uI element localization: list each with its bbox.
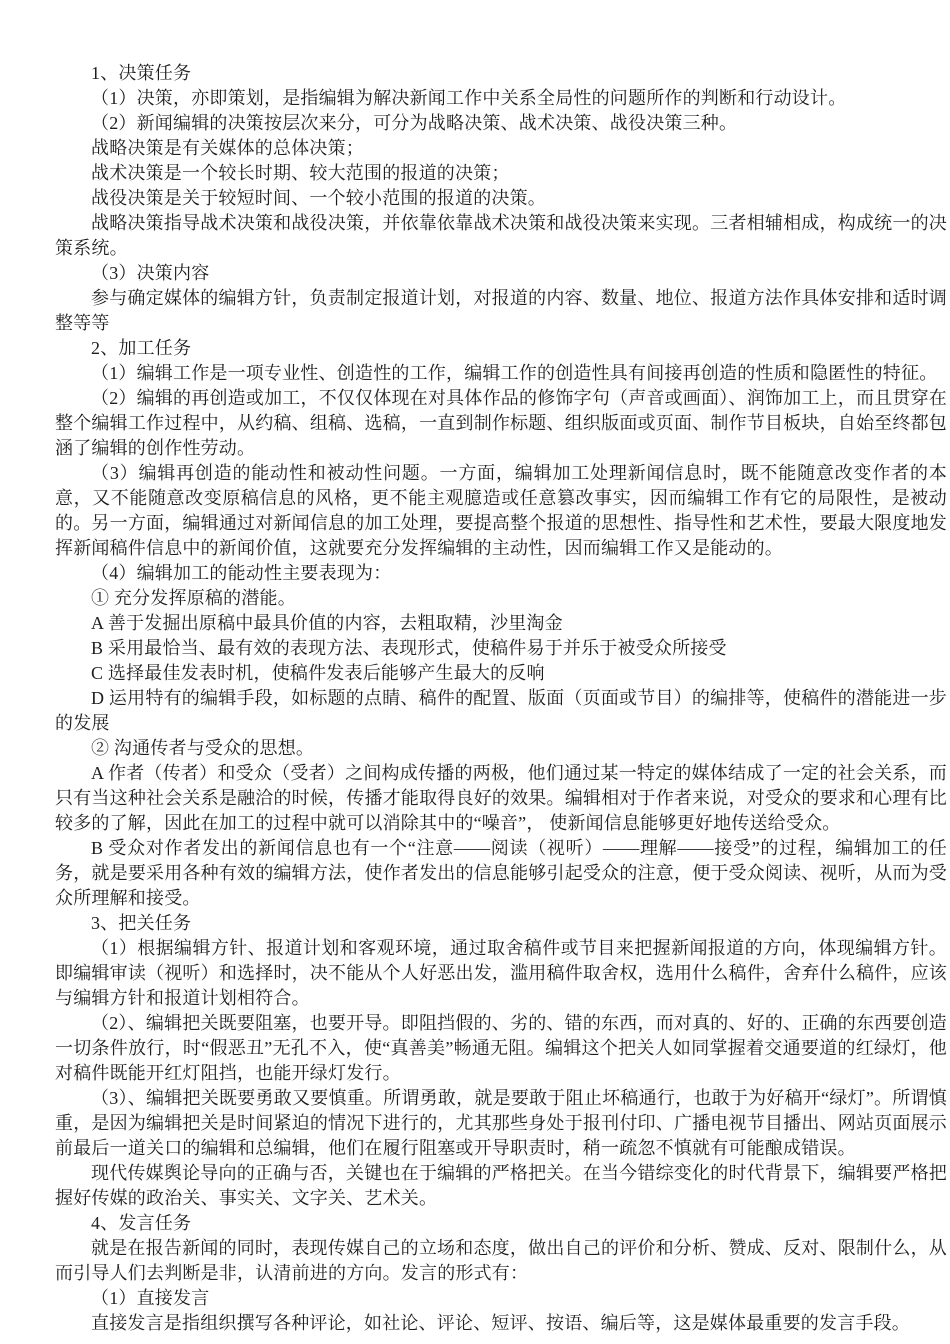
list-item-A: A 善于发掘出原稿中最具价值的内容，去粗取精，沙里淘金 (55, 611, 947, 636)
paragraph: 就是在报告新闻的同时，表现传媒自己的立场和态度，做出自己的评价和分析、赞成、反对… (55, 1236, 947, 1286)
list-item-B: B 采用最恰当、最有效的表现方法、表现形式，使稿件易于并乐于被受众所接受 (55, 636, 947, 661)
paragraph: （4）编辑加工的能动性主要表现为： (55, 561, 947, 586)
heading-gatekeeping-tasks: 3、把关任务 (55, 911, 947, 936)
paragraph: 现代传媒舆论导向的正确与否，关键也在于编辑的严格把关。在当今错综变化的时代背景下… (55, 1161, 947, 1211)
document-page: 1、决策任务 （1）决策，亦即策划，是指编辑为解决新闻工作中关系全局性的问题所作… (0, 0, 950, 1344)
paragraph: （1）根据编辑方针、报道计划和客观环境，通过取舍稿件或节目来把握新闻报道的方向，… (55, 936, 947, 1011)
paragraph: 战略决策指导战术决策和战役决策，并依靠依靠战术决策和战役决策来实现。三者相辅相成… (55, 211, 947, 261)
paragraph: 直接发言是指组织撰写各种评论，如社论、评论、短评、按语、编后等，这是媒体最重要的… (55, 1311, 947, 1336)
subheading-direct-speech: （1）直接发言 (55, 1286, 947, 1311)
list-item-circled-2: ② 沟通传者与受众的思想。 (55, 736, 947, 761)
document-text-block: 1、决策任务 （1）决策，亦即策划，是指编辑为解决新闻工作中关系全局性的问题所作… (55, 61, 947, 1336)
list-item-B: B 受众对作者发出的新闻信息也有一个“注意——阅读（视听）——理解——接受”的过… (55, 836, 947, 911)
paragraph: 战役决策是关于较短时间、一个较小范围的报道的决策。 (55, 186, 947, 211)
heading-processing-tasks: 2、加工任务 (55, 336, 947, 361)
paragraph: 战略决策是有关媒体的总体决策； (55, 136, 947, 161)
paragraph: （1）编辑工作是一项专业性、创造性的工作，编辑工作的创造性具有间接再创造的性质和… (55, 361, 947, 386)
paragraph: （2）新闻编辑的决策按层次来分，可分为战略决策、战术决策、战役决策三种。 (55, 111, 947, 136)
paragraph: 战术决策是一个较长时期、较大范围的报道的决策； (55, 161, 947, 186)
paragraph: （1）决策，亦即策划，是指编辑为解决新闻工作中关系全局性的问题所作的判断和行动设… (55, 86, 947, 111)
list-item-C: C 选择最佳发表时机，使稿件发表后能够产生最大的反响 (55, 661, 947, 686)
heading-speaking-tasks: 4、发言任务 (55, 1211, 947, 1236)
list-item-D: D 运用特有的编辑手段，如标题的点睛、稿件的配置、版面（页面或节目）的编排等，使… (55, 686, 947, 736)
paragraph: （3）、编辑把关既要勇敢又要慎重。所谓勇敢，就是要敢于阻止坏稿通行，也敢于为好稿… (55, 1086, 947, 1161)
paragraph: （2）、编辑把关既要阻塞，也要开导。即阻挡假的、劣的、错的东西，而对真的、好的、… (55, 1011, 947, 1086)
subheading-decision-content: （3）决策内容 (55, 261, 947, 286)
list-item-A: A 作者（传者）和受众（受者）之间构成传播的两极，他们通过某一特定的媒体结成了一… (55, 761, 947, 836)
paragraph: （2）编辑的再创造或加工，不仅仅体现在对具体作品的修饰字句（声音或画面）、润饰加… (55, 386, 947, 461)
list-item-circled-1: ① 充分发挥原稿的潜能。 (55, 586, 947, 611)
paragraph: 参与确定媒体的编辑方针，负责制定报道计划，对报道的内容、数量、地位、报道方法作具… (55, 286, 947, 336)
heading-decision-tasks: 1、决策任务 (55, 61, 947, 86)
paragraph: （3）编辑再创造的能动性和被动性问题。一方面，编辑加工处理新闻信息时，既不能随意… (55, 461, 947, 561)
